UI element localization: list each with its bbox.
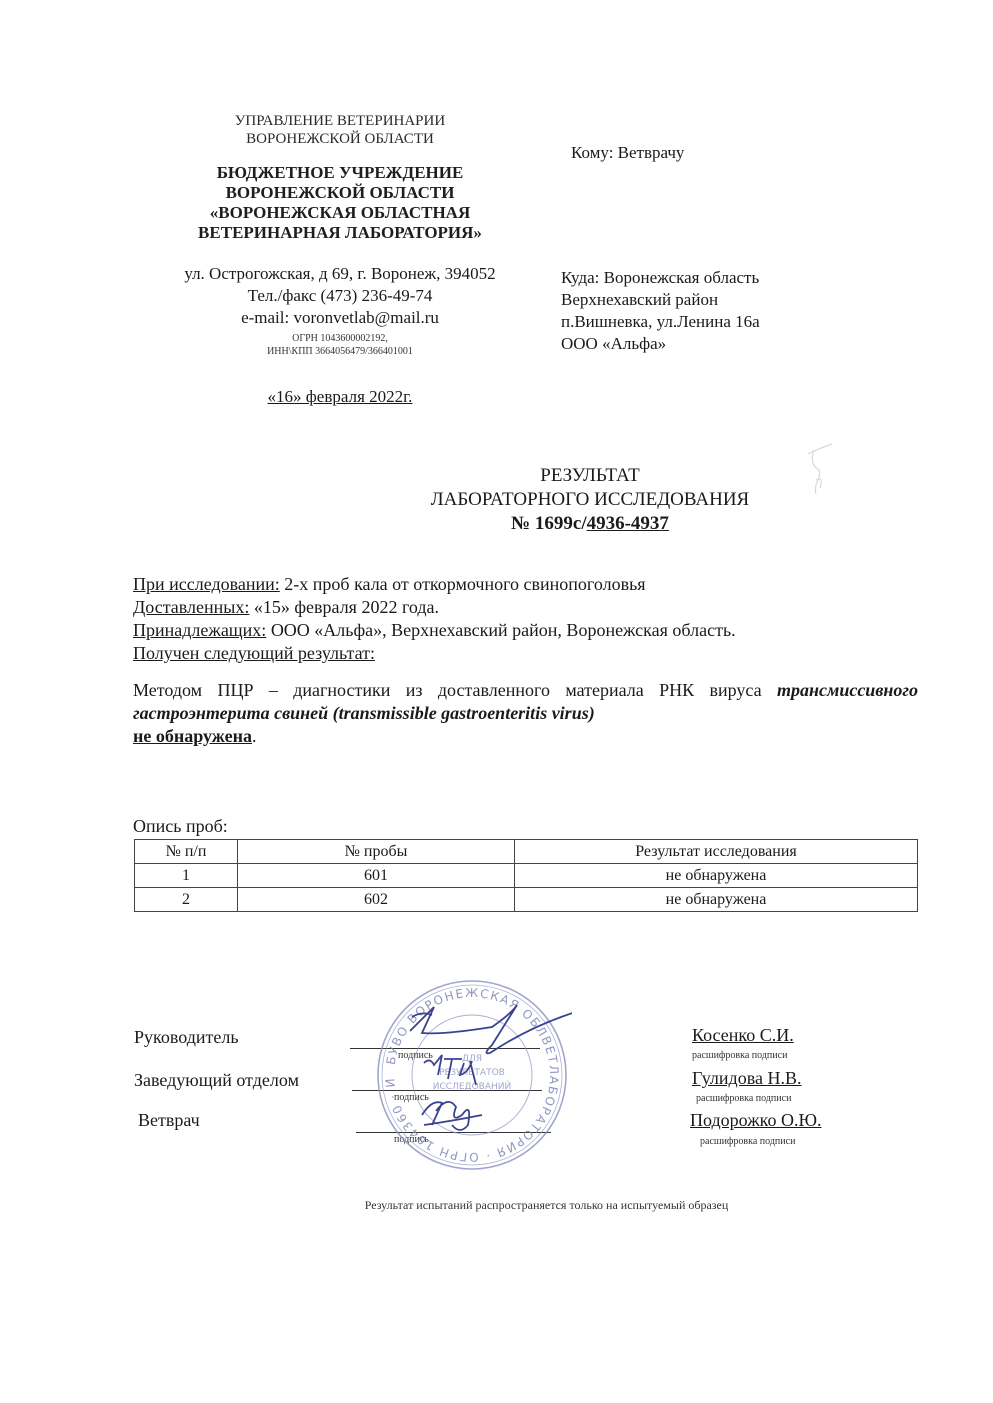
cell-sample: 602 — [238, 888, 515, 912]
table-row: 2 602 не обнаружена — [135, 888, 918, 912]
detail-owner: Принадлежащих: ООО «Альфа», Верхнехавски… — [133, 619, 918, 642]
document-date: «16» февраля 2022г. — [130, 387, 550, 407]
recipient-address-line-4: ООО «Альфа» — [561, 333, 760, 355]
recipient-address: Куда: Воронежская область Верхнехавский … — [561, 267, 760, 355]
footer-disclaimer: Результат испытаний распространяется тол… — [200, 1198, 893, 1213]
samples-label: Опись проб: — [133, 816, 228, 837]
document-title: РЕЗУЛЬТАТ ЛАБОРАТОРНОГО ИССЛЕДОВАНИЯ № 1… — [260, 464, 920, 536]
cell-result: не обнаружена — [515, 864, 918, 888]
document-number-prefix: № 1699с/ — [511, 513, 587, 534]
document-number-suffix: 4936-4937 — [587, 513, 669, 534]
signature-name-department: Гулидова Н.В. — [692, 1068, 801, 1089]
inn-kpp: ИНН\КПП 3664056479/366401001 — [130, 345, 550, 358]
recipient-address-line-1: Куда: Воронежская область — [561, 267, 760, 289]
column-header-result: Результат исследования — [515, 840, 918, 864]
detail-result-heading: Получен следующий результат: — [133, 642, 918, 665]
organization-line-2: ВОРОНЕЖСКОЙ ОБЛАСТИ — [130, 183, 550, 203]
organization-address: ул. Острогожская, д 69, г. Воронеж, 3940… — [130, 263, 550, 285]
result-method: Методом ПЦР – диагностики из доставленно… — [133, 680, 777, 700]
detail-label: Получен следующий результат: — [133, 643, 375, 663]
detail-value: «15» февраля 2022 года. — [249, 597, 439, 617]
result-paragraph: Методом ПЦР – диагностики из доставленно… — [133, 679, 918, 748]
title-line-2: ЛАБОРАТОРНОГО ИССЛЕДОВАНИЯ — [260, 488, 920, 512]
table-row: 1 601 не обнаружена — [135, 864, 918, 888]
research-details: При исследовании: 2-х проб кала от откор… — [133, 573, 918, 665]
signature-role-vet: Ветврач — [138, 1110, 200, 1131]
ogrn: ОГРН 1043600002192, — [130, 332, 550, 345]
organization-name: БЮДЖЕТНОЕ УЧРЕЖДЕНИЕ ВОРОНЕЖСКОЙ ОБЛАСТИ… — [130, 163, 550, 243]
result-conclusion: не обнаружена — [133, 726, 252, 746]
organization-contacts: ул. Острогожская, д 69, г. Воронеж, 3940… — [130, 263, 550, 329]
organization-phone: Тел./факс (473) 236-49-74 — [130, 285, 550, 307]
signature-name-caption-department: расшифровка подписи — [696, 1093, 791, 1104]
detail-delivered: Доставленных: «15» февраля 2022 года. — [133, 596, 918, 619]
recipient-address-line-2: Верхнехавский район — [561, 289, 760, 311]
recipient-address-line-3: п.Вишневка, ул.Ленина 16а — [561, 311, 760, 333]
organization-line-1: БЮДЖЕТНОЕ УЧРЕЖДЕНИЕ — [130, 163, 550, 183]
signature-name-caption-vet: расшифровка подписи — [700, 1136, 795, 1147]
organization-email: e-mail: voronvetlab@mail.ru — [130, 307, 550, 329]
authority-line-2: ВОРОНЕЖСКОЙ ОБЛАСТИ — [130, 130, 550, 148]
cell-sample: 601 — [238, 864, 515, 888]
signature-role-department: Заведующий отделом — [134, 1070, 299, 1091]
organization-registration: ОГРН 1043600002192, ИНН\КПП 3664056479/3… — [130, 332, 550, 358]
result-end: . — [252, 726, 257, 746]
signature-name-vet: Подорожко О.Ю. — [690, 1110, 821, 1131]
detail-research: При исследовании: 2-х проб кала от откор… — [133, 573, 918, 596]
detail-label: При исследовании: — [133, 574, 280, 594]
document-number: № 1699с/4936-4937 — [260, 512, 920, 536]
signature-role-head: Руководитель — [134, 1027, 239, 1048]
detail-value: ООО «Альфа», Верхнехавский район, Вороне… — [266, 620, 735, 640]
detail-label: Принадлежащих: — [133, 620, 266, 640]
official-stamp-icon: БУВО ВОРОНЕЖСКАЯ ОБЛВЕТЛАБОРАТОРИЯ · ОГР… — [372, 975, 572, 1175]
cell-index: 1 — [135, 864, 238, 888]
column-header-index: № п/п — [135, 840, 238, 864]
organization-line-3: «ВОРОНЕЖСКАЯ ОБЛАСТНАЯ — [130, 203, 550, 223]
detail-value: 2-х проб кала от откормочного свинопогол… — [280, 574, 646, 594]
cell-result: не обнаружена — [515, 888, 918, 912]
svg-text:ИССЛЕДОВАНИЙ: ИССЛЕДОВАНИЙ — [433, 1080, 511, 1092]
samples-table: № п/п № пробы Результат исследования 1 6… — [134, 839, 918, 912]
authority-line-1: УПРАВЛЕНИЕ ВЕТЕРИНАРИИ — [130, 112, 550, 130]
authority-name: УПРАВЛЕНИЕ ВЕТЕРИНАРИИ ВОРОНЕЖСКОЙ ОБЛАС… — [130, 112, 550, 148]
detail-label: Доставленных: — [133, 597, 249, 617]
document-date-text: «16» февраля 2022г. — [268, 387, 413, 406]
cell-index: 2 — [135, 888, 238, 912]
signature-name-head: Косенко С.И. — [692, 1025, 794, 1046]
signature-name-caption-head: расшифровка подписи — [692, 1050, 787, 1061]
organization-line-4: ВЕТЕРИНАРНАЯ ЛАБОРАТОРИЯ» — [130, 223, 550, 243]
title-line-1: РЕЗУЛЬТАТ — [260, 464, 920, 488]
samples-header-row: № п/п № пробы Результат исследования — [135, 840, 918, 864]
column-header-sample: № пробы — [238, 840, 515, 864]
recipient-to-whom: Кому: Ветврачу — [571, 143, 684, 163]
